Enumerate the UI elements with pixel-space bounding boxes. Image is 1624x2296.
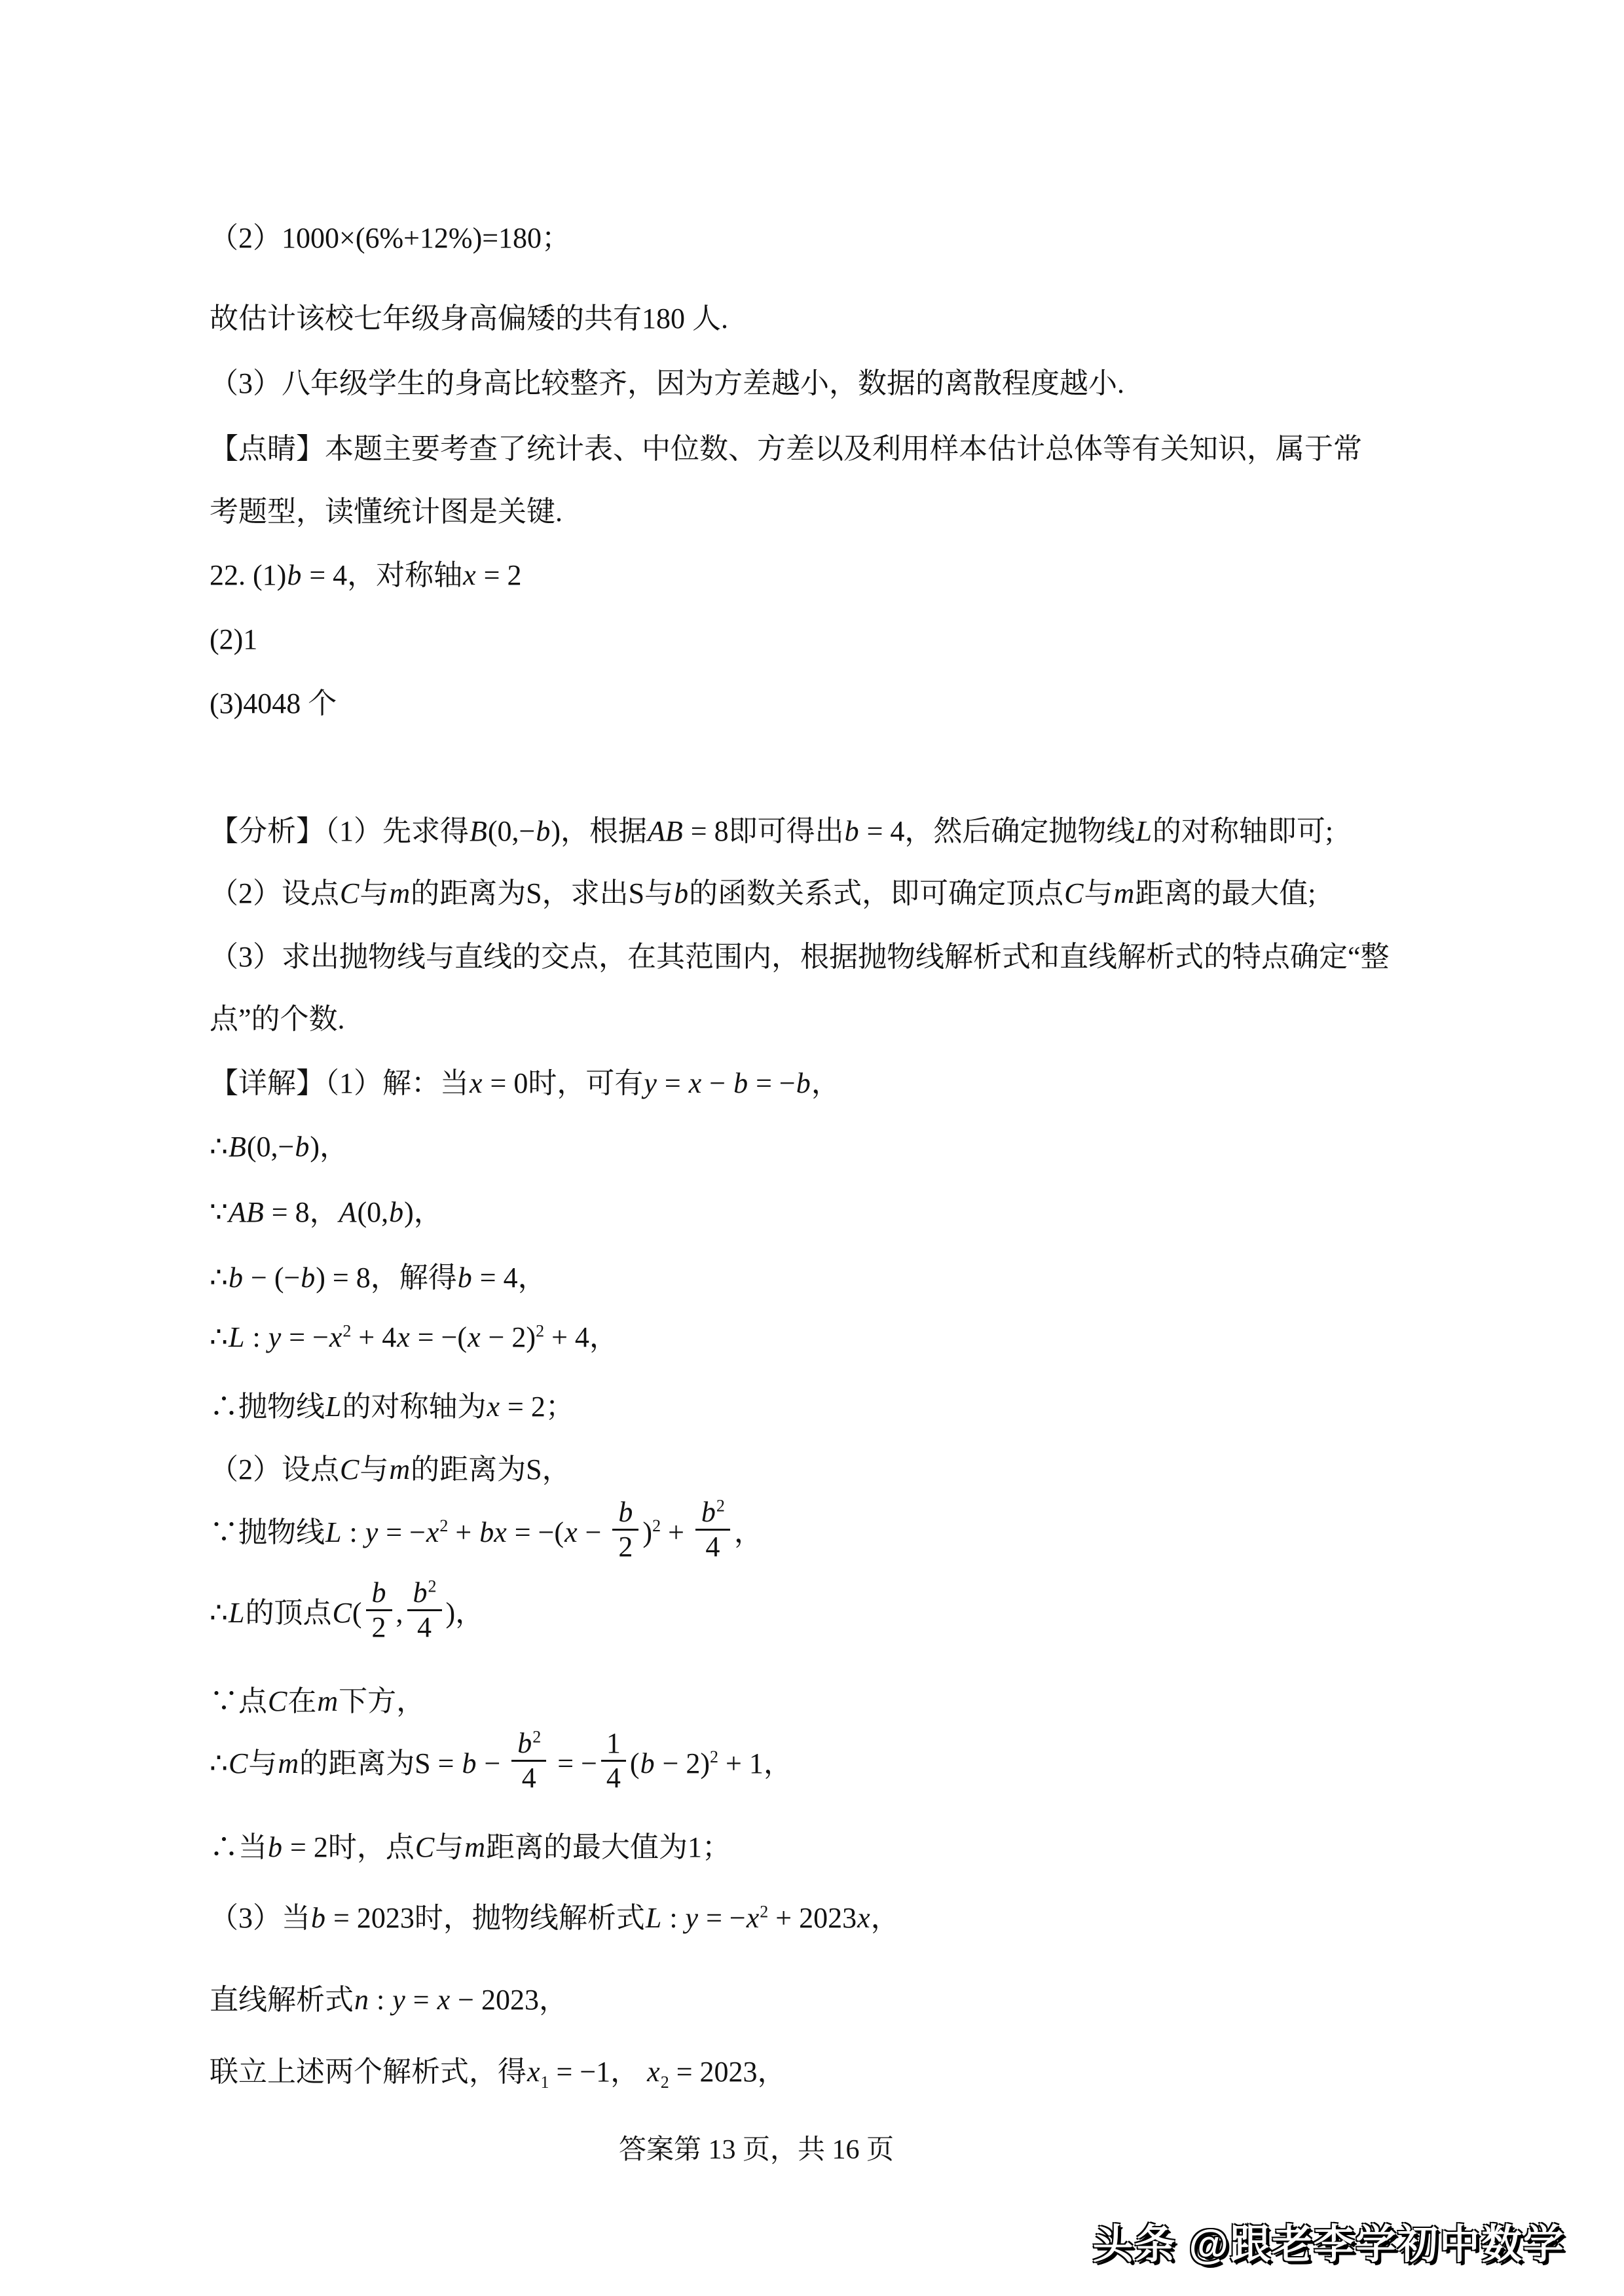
formula-line: 联立上述两个解析式，得x1 = −1， x2 = 2023， [210, 2053, 786, 2090]
formula-line: ∵AB = 8，A(0,b)， [210, 1194, 443, 1231]
analysis-text-line: 【分析】（1）先求得B(0,−b)，根据AB = 8即可得出b = 4，然后确定… [210, 812, 1333, 850]
formula-line: ∴b − (−b) = 8，解得b = 4， [210, 1259, 547, 1296]
answer-line: 22. (1)b = 4，对称轴x = 2 [210, 556, 522, 594]
solution-text-line: 故估计该校七年级身高偏矮的共有180 人. [210, 300, 728, 337]
formula-line: ∴B(0,−b)， [210, 1128, 348, 1165]
formula-line: ∴当b = 2时，点C与m距离的最大值为1； [210, 1829, 731, 1866]
analysis-text-line: （3）求出抛物线与直线的交点，在其范围内，根据抛物线解析式和直线解析式的特点确定… [210, 938, 1390, 975]
formula-line: ∵点C在m下方， [210, 1683, 425, 1720]
detail-text-line: 【详解】（1）解：当x = 0时，可有y = x − b = −b， [210, 1065, 840, 1102]
analysis-text-line: 点”的个数. [210, 1000, 345, 1038]
solution-text-line: （3）八年级学生的身高比较整齐，因为方差越小，数据的离散程度越小. [210, 365, 1124, 402]
remark-text-line: 【点睛】本题主要考查了统计表、中位数、方差以及利用样本估计总体等有关知识，属于常 [210, 430, 1362, 467]
remark-text-line: 考题型，读懂统计图是关键. [210, 493, 563, 530]
toutiao-watermark: 头条 @跟老李学初中数学 [1092, 2212, 1565, 2270]
formula-line: ∴抛物线L的对称轴为x = 2； [210, 1388, 574, 1425]
answer-line: (2)1 [210, 621, 257, 658]
formula-line-fraction: ∵抛物线L : y = −x2 + bx = −(x − b2)2 + b24， [210, 1503, 763, 1567]
formula-line: （2）设点C与m的距离为S， [210, 1451, 571, 1488]
formula-line-fraction: ∴L的顶点C(b2,b24)， [210, 1583, 484, 1648]
formula-line-fraction: ∴C与m的距离为S = b − b24 = −14(b − 2)2 + 1， [210, 1734, 792, 1798]
page-number-footer: 答案第 13 页，共 16 页 [0, 2128, 1513, 2167]
formula-line: ∴L : y = −x2 + 4x = −(x − 2)2 + 4， [210, 1319, 618, 1356]
answer-line: (3)4048 个 [210, 685, 337, 722]
answer-sheet-page: （2）1000×(6%+12%)=180； 故估计该校七年级身高偏矮的共有180… [0, 0, 1624, 2296]
formula-line: （2）1000×(6%+12%)=180； [210, 219, 570, 257]
formula-line: （3）当b = 2023时，抛物线解析式L : y = −x2 + 2023x， [210, 1899, 900, 1937]
analysis-text-line: （2）设点C与m的距离为S，求出S与b的函数关系式，即可确定顶点C与m距离的最大… [210, 875, 1316, 912]
formula-line: 直线解析式n : y = x − 2023， [210, 1981, 568, 2018]
